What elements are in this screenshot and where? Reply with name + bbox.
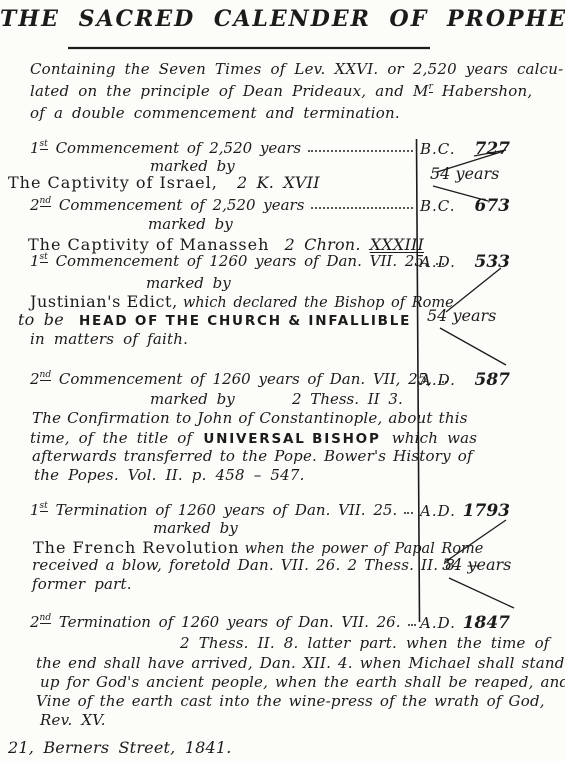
event-confirmation-line-3: afterwards transferred to the Pope. Bowe… <box>32 447 473 465</box>
event-french-revolution-line-2: received a blow, foretold Dan. VII. 26. … <box>32 556 482 574</box>
era-label-4: A.D. <box>420 371 456 389</box>
event-justinian-edict-line-2: to be HEAD OF THE CHURCH & INFALLIBLE <box>18 310 411 329</box>
diagonal-line-4 <box>440 328 506 365</box>
event-justinian-edict-line-1: Justinian's Edict, which declared the Bi… <box>30 292 454 311</box>
document-page: THE SACRED CALENDER OF PROPHECY, Contain… <box>0 0 565 761</box>
marked-by-5: marked by <box>153 519 238 537</box>
dotted-leader <box>311 207 413 209</box>
closing-line-2: the end shall have arrived, Dan. XII. 4.… <box>36 654 565 672</box>
closing-line-5: Rev. XV. <box>40 711 106 729</box>
entry-row-6: 2nd Termination of 1260 years of Dan. VI… <box>30 613 416 631</box>
entry-row-4: 2nd Commencement of 1260 years of Dan. V… <box>30 370 416 388</box>
era-label-5: A.D. <box>420 502 456 520</box>
entry-row-3: 1st Commencement of 1260 years of Dan. V… <box>30 252 416 270</box>
year-value-3: 533 <box>460 252 510 272</box>
universal-bishop-caps: UNIVERSAL BISHOP <box>203 431 380 447</box>
entry-row-1: 1st Commencement of 2,520 years <box>30 139 416 157</box>
intro-line-3: of a double commencement and termination… <box>30 104 400 122</box>
imprint: 21, Berners Street, 1841. <box>8 738 232 757</box>
diagonal-line-6 <box>449 578 514 608</box>
era-label-1: B.C. <box>420 140 456 158</box>
year-value-4: 587 <box>460 370 510 390</box>
span-54-years-3: 54 years <box>442 555 511 574</box>
entry-row-5: 1st Termination of 1260 years of Dan. VI… <box>30 501 416 519</box>
intro-line-1: Containing the Seven Times of Lev. XXVI.… <box>30 60 563 78</box>
entry-label: 1st Commencement of 2,520 years <box>30 139 301 157</box>
event-captivity-israel: The Captivity of Israel, 2 K. XVII <box>8 173 320 192</box>
entry-label: 1st Termination of 1260 years of Dan. VI… <box>30 501 397 519</box>
dotted-leader <box>408 624 416 626</box>
era-label-3: A.D. <box>420 253 456 271</box>
span-54-years-2: 54 years <box>427 306 496 325</box>
page-title: THE SACRED CALENDER OF PROPHECY, <box>0 6 565 32</box>
marked-by-2: marked by <box>148 215 233 233</box>
year-value-5: 1793 <box>460 501 510 521</box>
closing-line-3: up for God's ancient people, when the ea… <box>40 673 565 691</box>
entry-label: 2nd Commencement of 1260 years of Dan. V… <box>30 370 432 388</box>
marked-by-4: marked by <box>150 390 235 408</box>
event-french-revolution-line-3: former part. <box>32 575 132 593</box>
event-confirmation-line-4: the Popes. Vol. II. p. 458 – 547. <box>34 466 305 484</box>
year-value-1: 727 <box>460 139 510 159</box>
closing-line-4: Vine of the earth cast into the wine-pre… <box>36 692 545 710</box>
thess-reference: 2 Thess. II 3. <box>292 390 403 408</box>
entry-label: 1st Commencement of 1260 years of Dan. V… <box>30 252 429 270</box>
era-label-6: A.D. <box>420 614 456 632</box>
era-label-2: B.C. <box>420 197 456 215</box>
entry-label: 2nd Termination of 1260 years of Dan. VI… <box>30 613 401 631</box>
dotted-leader <box>308 150 413 152</box>
head-of-church-caps: HEAD OF THE CHURCH & INFALLIBLE <box>79 313 411 329</box>
dotted-leader <box>404 512 413 514</box>
entry-row-2: 2nd Commencement of 2,520 years <box>30 196 416 214</box>
event-french-revolution-line-1: The French Revolution when the power of … <box>33 538 483 557</box>
event-justinian-edict-line-3: in matters of faith. <box>30 330 188 348</box>
event-confirmation-line-2: time, of the title of UNIVERSAL BISHOP w… <box>30 428 477 447</box>
entry-label: 2nd Commencement of 2,520 years <box>30 196 304 214</box>
year-value-6: 1847 <box>460 613 510 633</box>
span-54-years-1: 54 years <box>430 164 499 183</box>
year-value-2: 673 <box>460 196 510 216</box>
closing-line-1: 2 Thess. II. 8. latter part. when the ti… <box>180 634 550 652</box>
marked-by-3: marked by <box>146 274 231 292</box>
event-confirmation-line-1: The Confirmation to John of Constantinop… <box>32 409 468 427</box>
intro-line-2: lated on the principle of Dean Prideaux,… <box>30 82 532 100</box>
